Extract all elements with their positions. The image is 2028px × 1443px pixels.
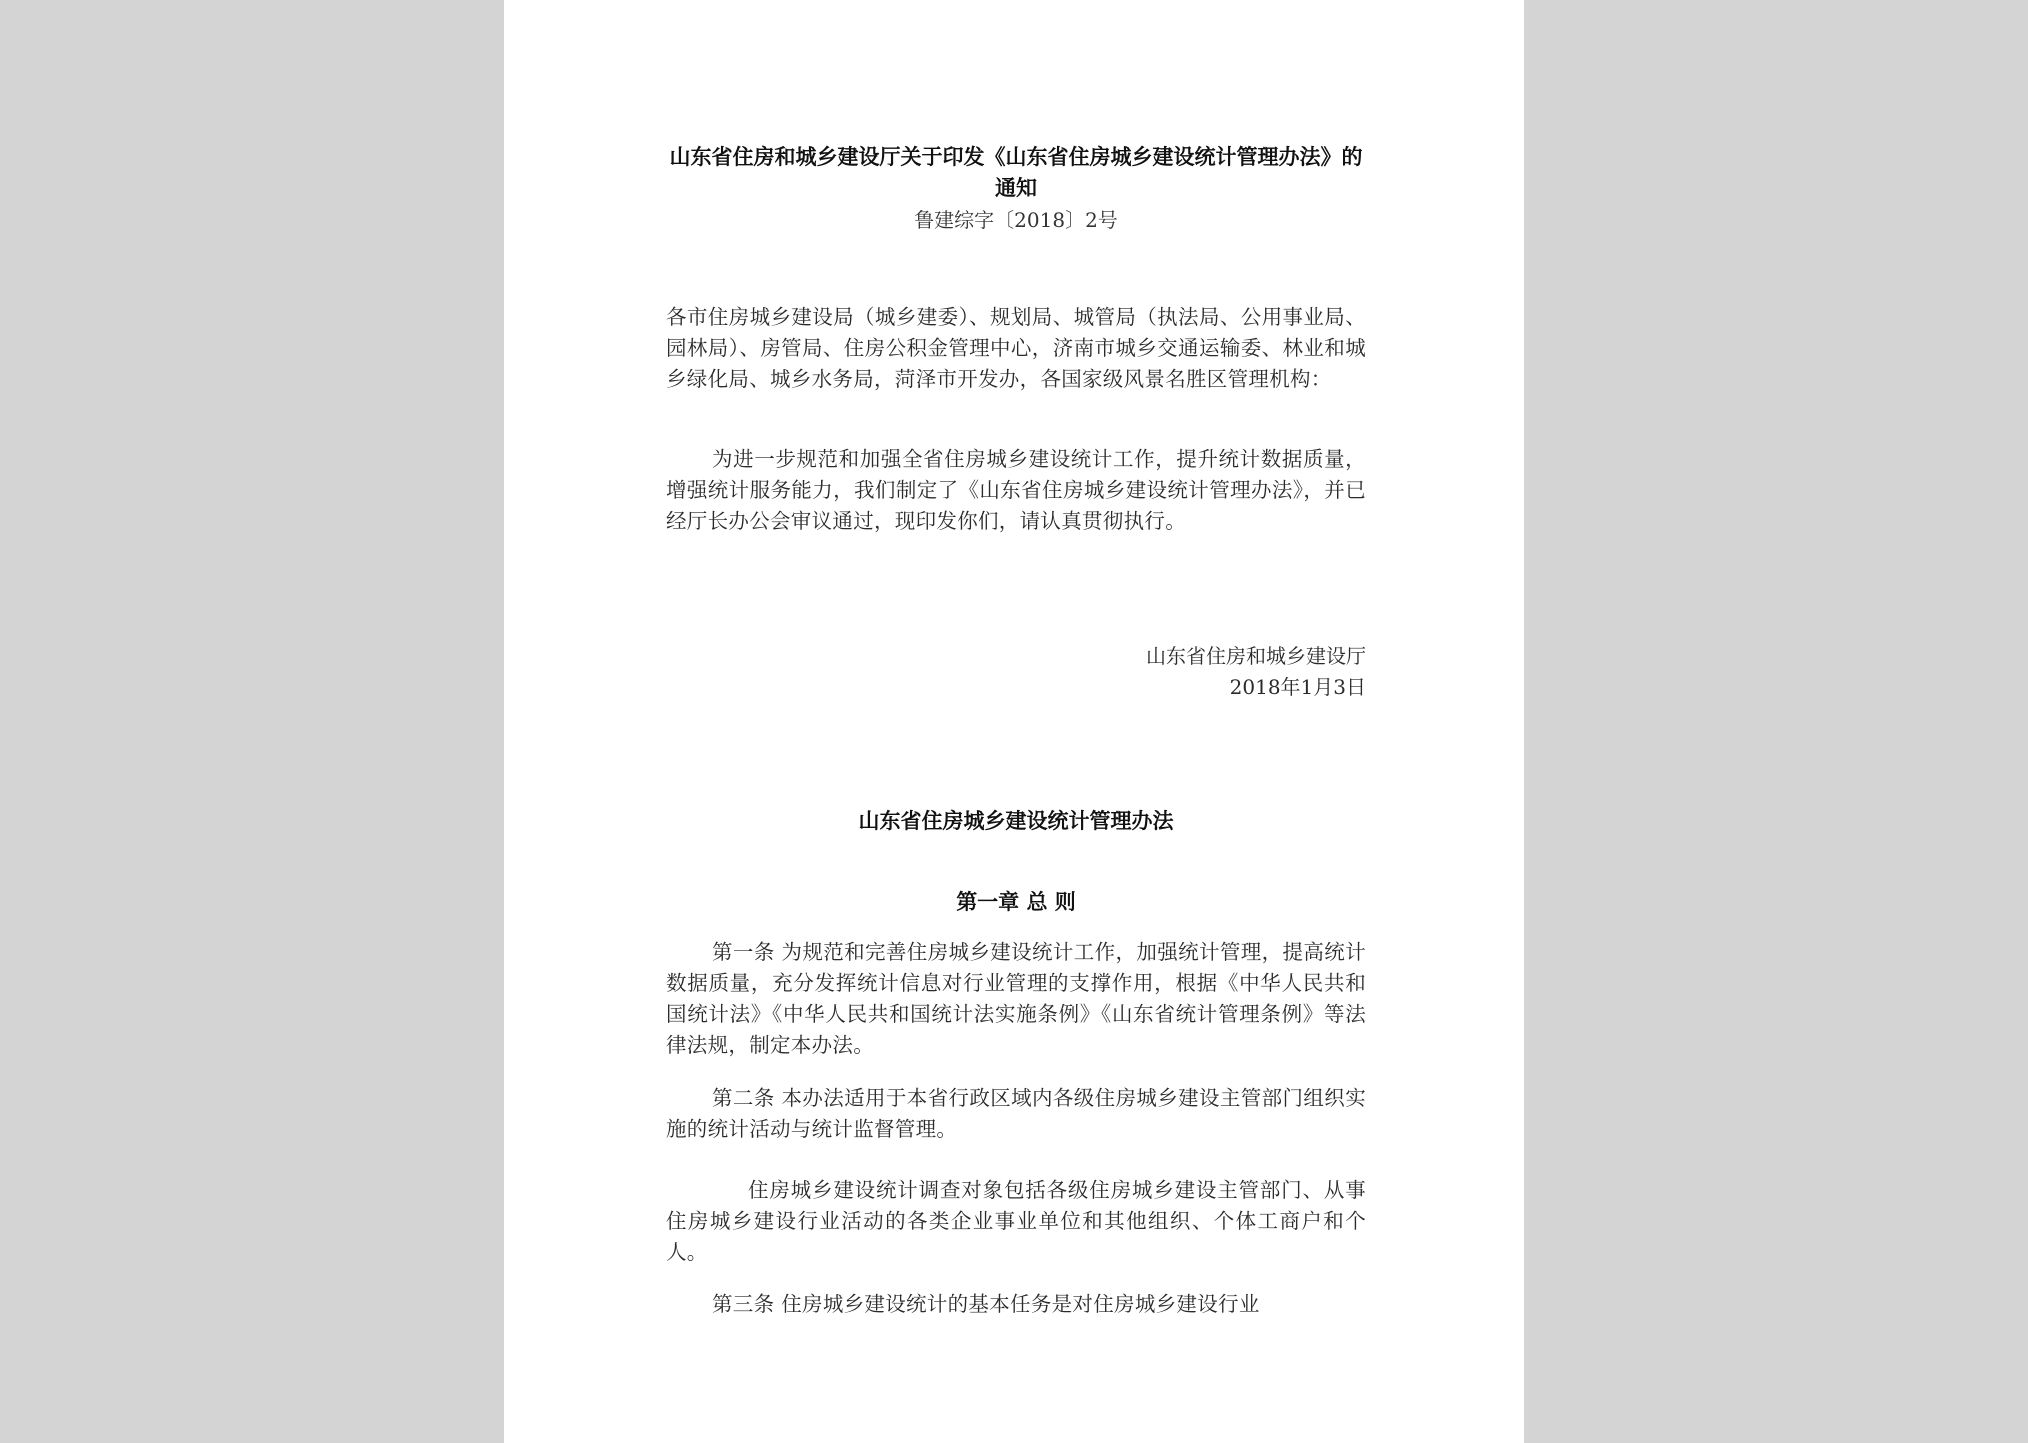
signature-date: 2018年1月3日	[966, 672, 1366, 703]
article-2-survey-objects: 住房城乡建设统计调查对象包括各级住房城乡建设主管部门、从事住房城乡建设行业活动的…	[666, 1175, 1366, 1268]
regulation-title: 山东省住房城乡建设统计管理办法	[666, 806, 1366, 836]
article-3: 第三条 住房城乡建设统计的基本任务是对住房城乡建设行业	[666, 1289, 1366, 1320]
document-number: 鲁建综字〔2018〕2号	[666, 206, 1366, 234]
article-2: 第二条 本办法适用于本省行政区域内各级住房城乡建设主管部门组织实施的统计活动与统…	[666, 1083, 1366, 1145]
notice-body-paragraph: 为进一步规范和加强全省住房城乡建设统计工作，提升统计数据质量，增强统计服务能力，…	[666, 444, 1366, 537]
document-page: 山东省住房和城乡建设厅关于印发《山东省住房城乡建设统计管理办法》的通知 鲁建综字…	[504, 0, 1524, 1443]
article-1: 第一条 为规范和完善住房城乡建设统计工作，加强统计管理，提高统计数据质量，充分发…	[666, 937, 1366, 1061]
chapter-heading: 第一章 总 则	[666, 887, 1366, 917]
document-viewer: 山东省住房和城乡建设厅关于印发《山东省住房城乡建设统计管理办法》的通知 鲁建综字…	[0, 0, 2028, 1443]
signature-organization: 山东省住房和城乡建设厅	[966, 641, 1366, 672]
addressees-paragraph: 各市住房城乡建设局（城乡建委）、规划局、城管局（执法局、公用事业局、园林局）、房…	[666, 302, 1366, 395]
notice-title: 山东省住房和城乡建设厅关于印发《山东省住房城乡建设统计管理办法》的通知	[666, 142, 1366, 204]
